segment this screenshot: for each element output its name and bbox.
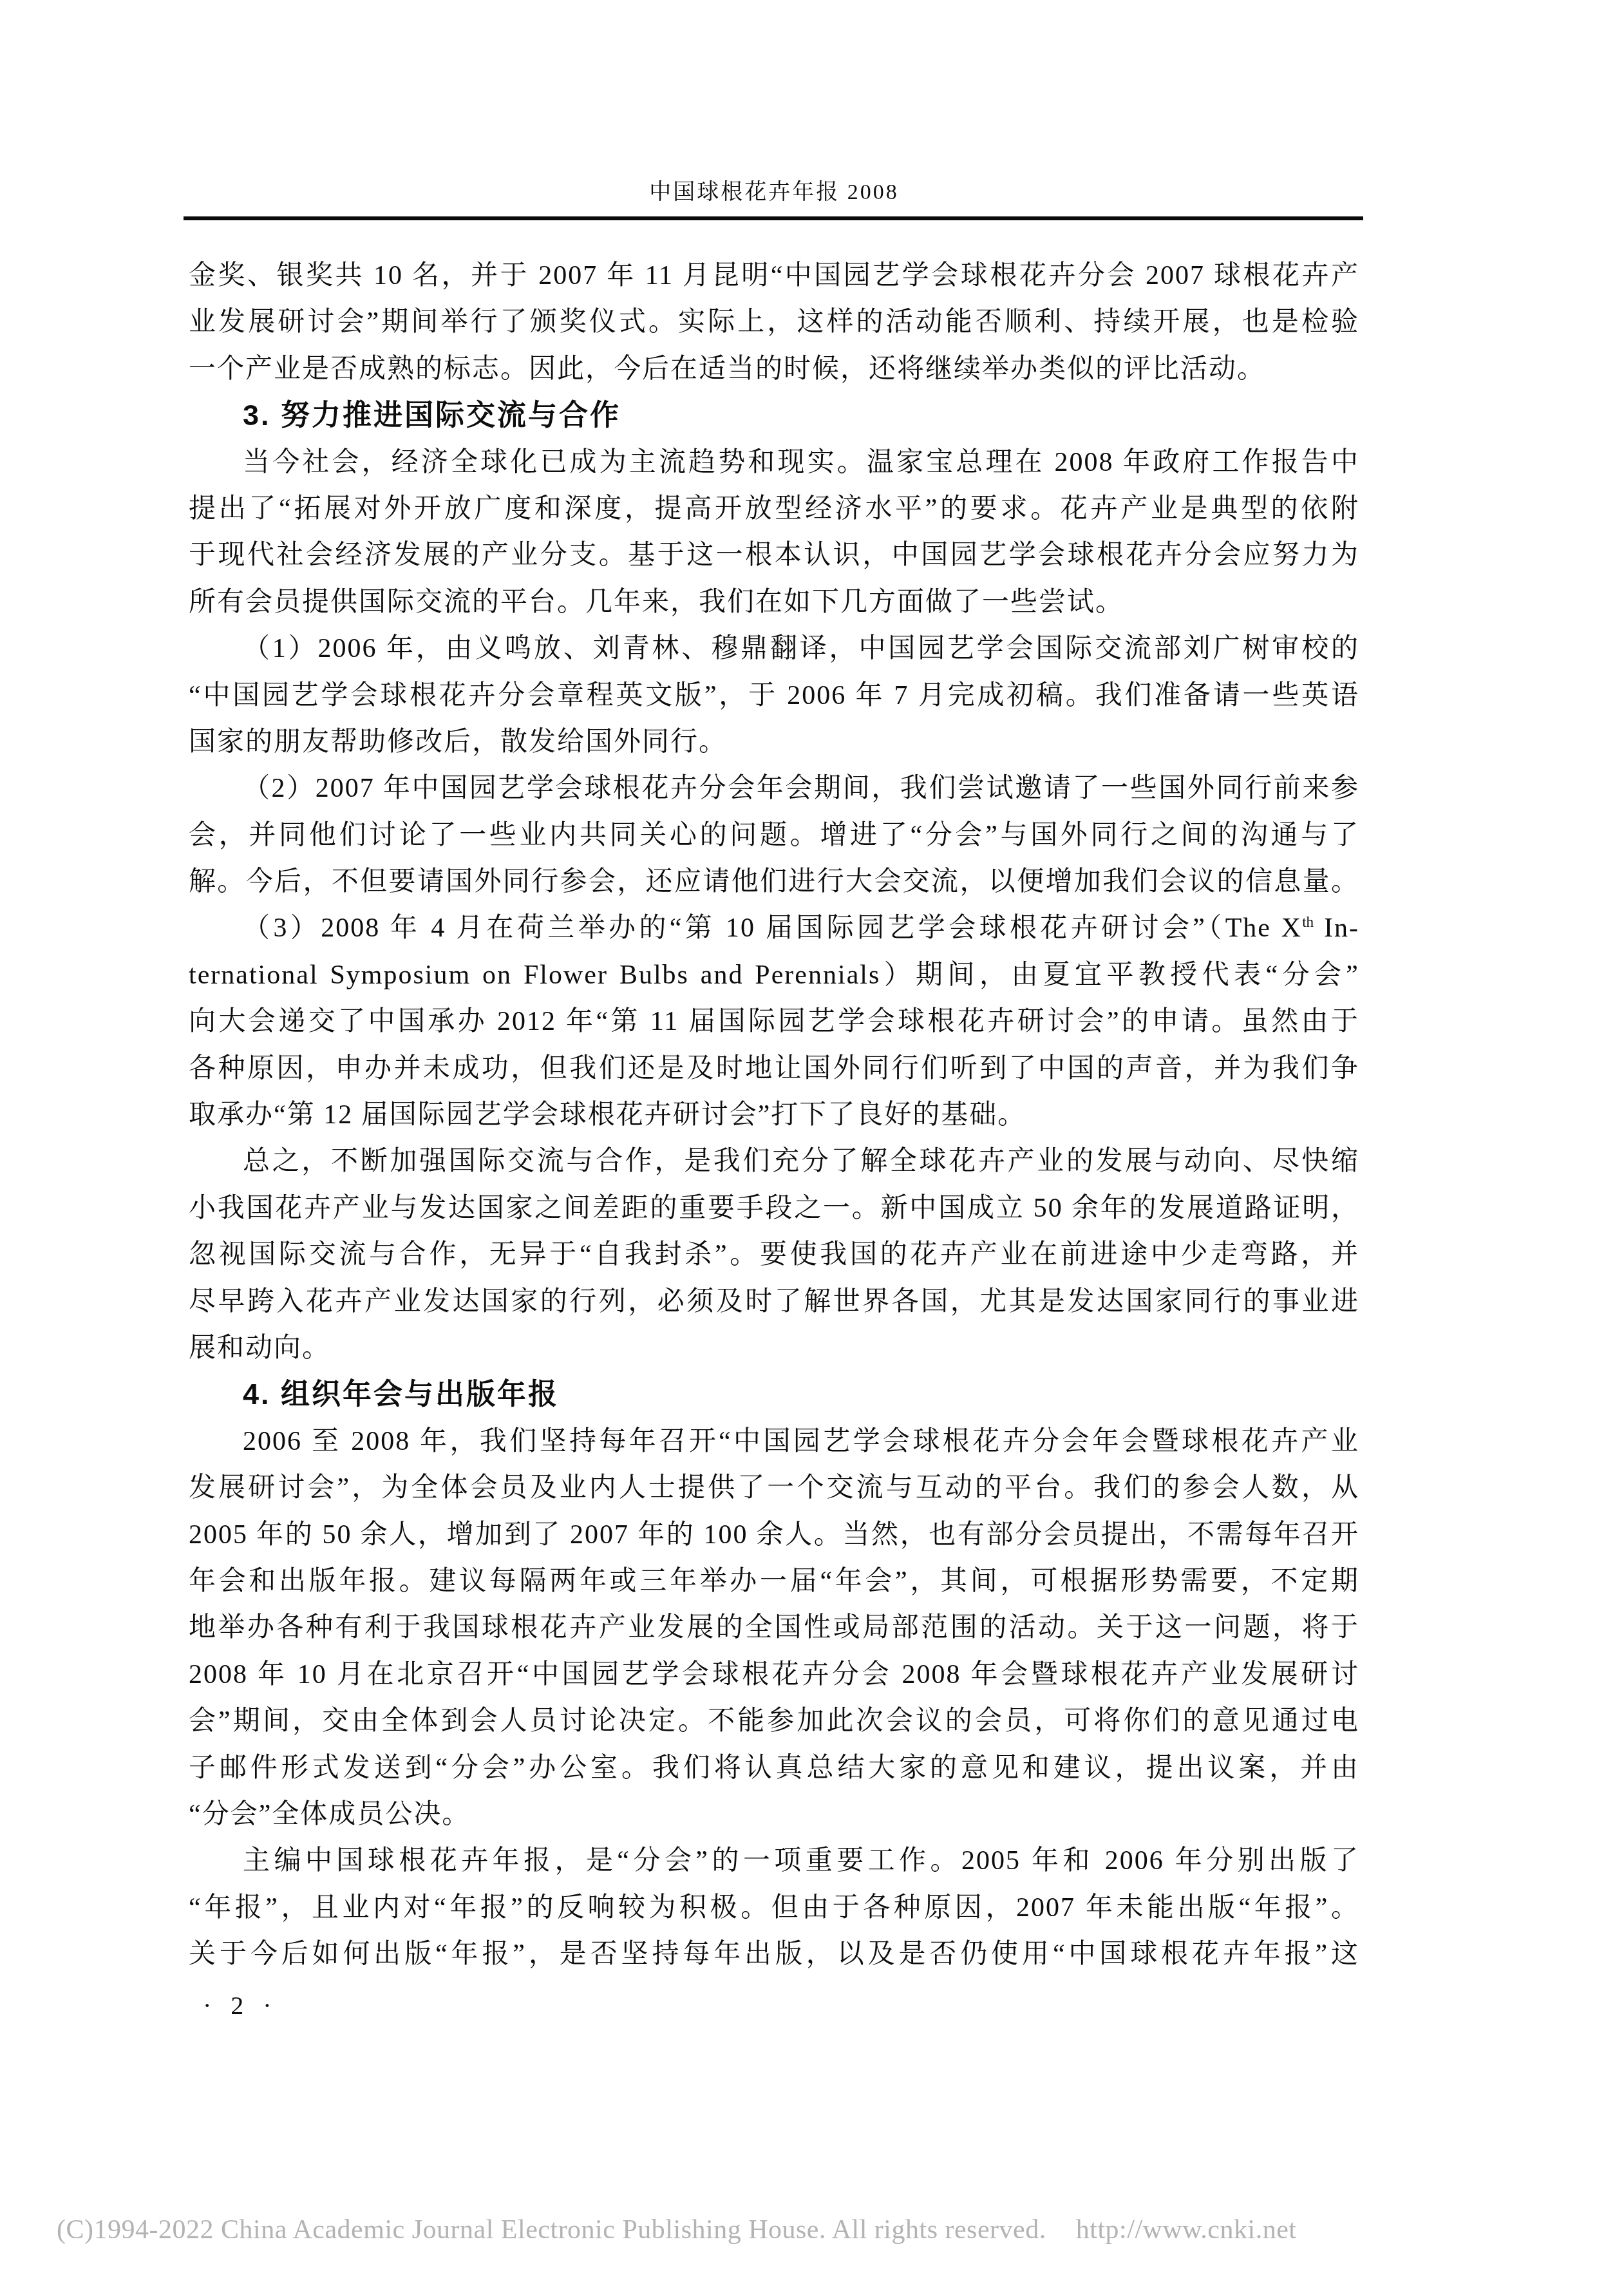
body-text-line: 于现代社会经济发展的产业分支。基于这一根本认识，中国园艺学会球根花卉分会应努力为: [189, 532, 1359, 578]
body-text-line: （1）2006 年，由义鸣放、刘青林、穆鼎翻译，中国园艺学会国际交流部刘广树审校…: [189, 625, 1359, 672]
body-text-line: 提出了“拓展对外开放广度和深度，提高开放型经济水平”的要求。花卉产业是典型的依附: [189, 486, 1359, 532]
body-text-line: 会”期间，交由全体到会人员讨论决定。不能参加此次会议的会员，可将你们的意见通过电: [189, 1698, 1359, 1744]
journal-header-title: 中国球根花卉年报 2008: [189, 178, 1359, 207]
body-text-line: 子邮件形式发送到“分会”办公室。我们将认真总结大家的意见和建议，提出议案，并由: [189, 1745, 1359, 1791]
symposium-line-post: In-: [1314, 913, 1359, 943]
body-text-line: 业发展研讨会”期间举行了颁奖仪式。实际上，这样的活动能否顺利、持续开展，也是检验: [189, 299, 1359, 345]
body-text-line: ternational Symposium on Flower Bulbs an…: [189, 952, 1359, 998]
body-text-line: 发展研讨会”，为全体会员及业内人士提供了一个交流与互动的平台。我们的参会人数，从: [189, 1465, 1359, 1511]
body-text-line: （2）2007 年中国园艺学会球根花卉分会年会期间，我们尝试邀请了一些国外同行前…: [189, 765, 1359, 812]
body-text-line: 尽早跨入花卉产业发达国家的行列，必须及时了解世界各国，尤其是发达国家同行的事业进: [189, 1279, 1359, 1325]
body-text-line-symposium: （3）2008 年 4 月在荷兰举办的“第 10 届国际园艺学会球根花卉研讨会”…: [189, 905, 1359, 951]
body-text-line: “年报”，且业内对“年报”的反响较为积极。但由于各种原因，2007 年未能出版“…: [189, 1885, 1359, 1931]
page-body: 金奖、银奖共 10 名，并于 2007 年 11 月昆明“中国园艺学会球根花卉分…: [189, 252, 1359, 1977]
body-text-line: 金奖、银奖共 10 名，并于 2007 年 11 月昆明“中国园艺学会球根花卉分…: [189, 252, 1359, 299]
body-text-line: 关于今后如何出版“年报”，是否坚持每年出版，以及是否仍使用“中国球根花卉年报”这: [189, 1931, 1359, 1977]
body-text-line: 国家的朋友帮助修改后，散发给国外同行。: [189, 719, 1359, 765]
body-text-line: 主编中国球根花卉年报，是“分会”的一项重要工作。2005 年和 2006 年分别…: [189, 1838, 1359, 1884]
body-text-line: 忽视国际交流与合作，无异于“自我封杀”。要使我国的花卉产业在前进途中少走弯路，并: [189, 1232, 1359, 1278]
body-text-line: 各种原因，申办并未成功，但我们还是及时地让国外同行们听到了中国的声音，并为我们争: [189, 1045, 1359, 1092]
symposium-line-pre: （3）2008 年 4 月在荷兰举办的“第 10 届国际园艺学会球根花卉研讨会”…: [243, 913, 1302, 943]
body-text-line: 取承办“第 12 届国际园艺学会球根花卉研讨会”打下了良好的基础。: [189, 1092, 1359, 1138]
body-text-line: 展和动向。: [189, 1325, 1359, 1371]
body-text-line: 解。今后，不但要请国外同行参会，还应请他们进行大会交流，以便增加我们会议的信息量…: [189, 859, 1359, 905]
section-3-heading: 3. 努力推进国际交流与合作: [189, 392, 1359, 439]
document-page: 中国球根花卉年报 2008 金奖、银奖共 10 名，并于 2007 年 11 月…: [0, 0, 1624, 2293]
body-text-line: 地举办各种有利于我国球根花卉产业发展的全国性或局部范围的活动。关于这一问题，将于: [189, 1604, 1359, 1651]
copyright-text: (C)1994-2022 China Academic Journal Elec…: [57, 2215, 1046, 2245]
body-text-line: 会，并同他们讨论了一些业内共同关心的问题。增进了“分会”与国外同行之间的沟通与了: [189, 812, 1359, 859]
body-text-line: 一个产业是否成熟的标志。因此，今后在适当的时候，还将继续举办类似的评比活动。: [189, 346, 1359, 392]
body-text-line: 2005 年的 50 余人，增加到了 2007 年的 100 余人。当然，也有部…: [189, 1512, 1359, 1558]
body-text-line: 当今社会，经济全球化已成为主流趋势和现实。温家宝总理在 2008 年政府工作报告…: [189, 439, 1359, 486]
body-text-line: “分会”全体成员公决。: [189, 1791, 1359, 1838]
body-text-line: 2006 至 2008 年，我们坚持每年召开“中国园艺学会球根花卉分会年会暨球根…: [189, 1418, 1359, 1465]
body-text-line: 年会和出版年报。建议每隔两年或三年举办一届“年会”，其间，可根据形势需要，不定期: [189, 1558, 1359, 1604]
body-text-line: “中国园艺学会球根花卉分会章程英文版”，于 2006 年 7 月完成初稿。我们准…: [189, 672, 1359, 719]
header-rule: [184, 216, 1363, 220]
section-4-heading: 4. 组织年会与出版年报: [189, 1371, 1359, 1418]
body-text-line: 向大会递交了中国承办 2012 年“第 11 届国际园艺学会球根花卉研讨会”的申…: [189, 998, 1359, 1045]
footer: (C)1994-2022 China Academic Journal Elec…: [57, 2211, 1563, 2249]
page-number: · 2 ·: [189, 1983, 1359, 2029]
cnki-url: http://www.cnki.net: [1076, 2215, 1297, 2245]
body-text-line: 2008 年 10 月在北京召开“中国园艺学会球根花卉分会 2008 年会暨球根…: [189, 1651, 1359, 1698]
body-text-line: 所有会员提供国际交流的平台。几年来，我们在如下几方面做了一些尝试。: [189, 579, 1359, 625]
ordinal-superscript: th: [1302, 913, 1314, 930]
body-text-line: 总之，不断加强国际交流与合作，是我们充分了解全球花卉产业的发展与动向、尽快缩: [189, 1138, 1359, 1185]
body-text-line: 小我国花卉产业与发达国家之间差距的重要手段之一。新中国成立 50 余年的发展道路…: [189, 1185, 1359, 1232]
